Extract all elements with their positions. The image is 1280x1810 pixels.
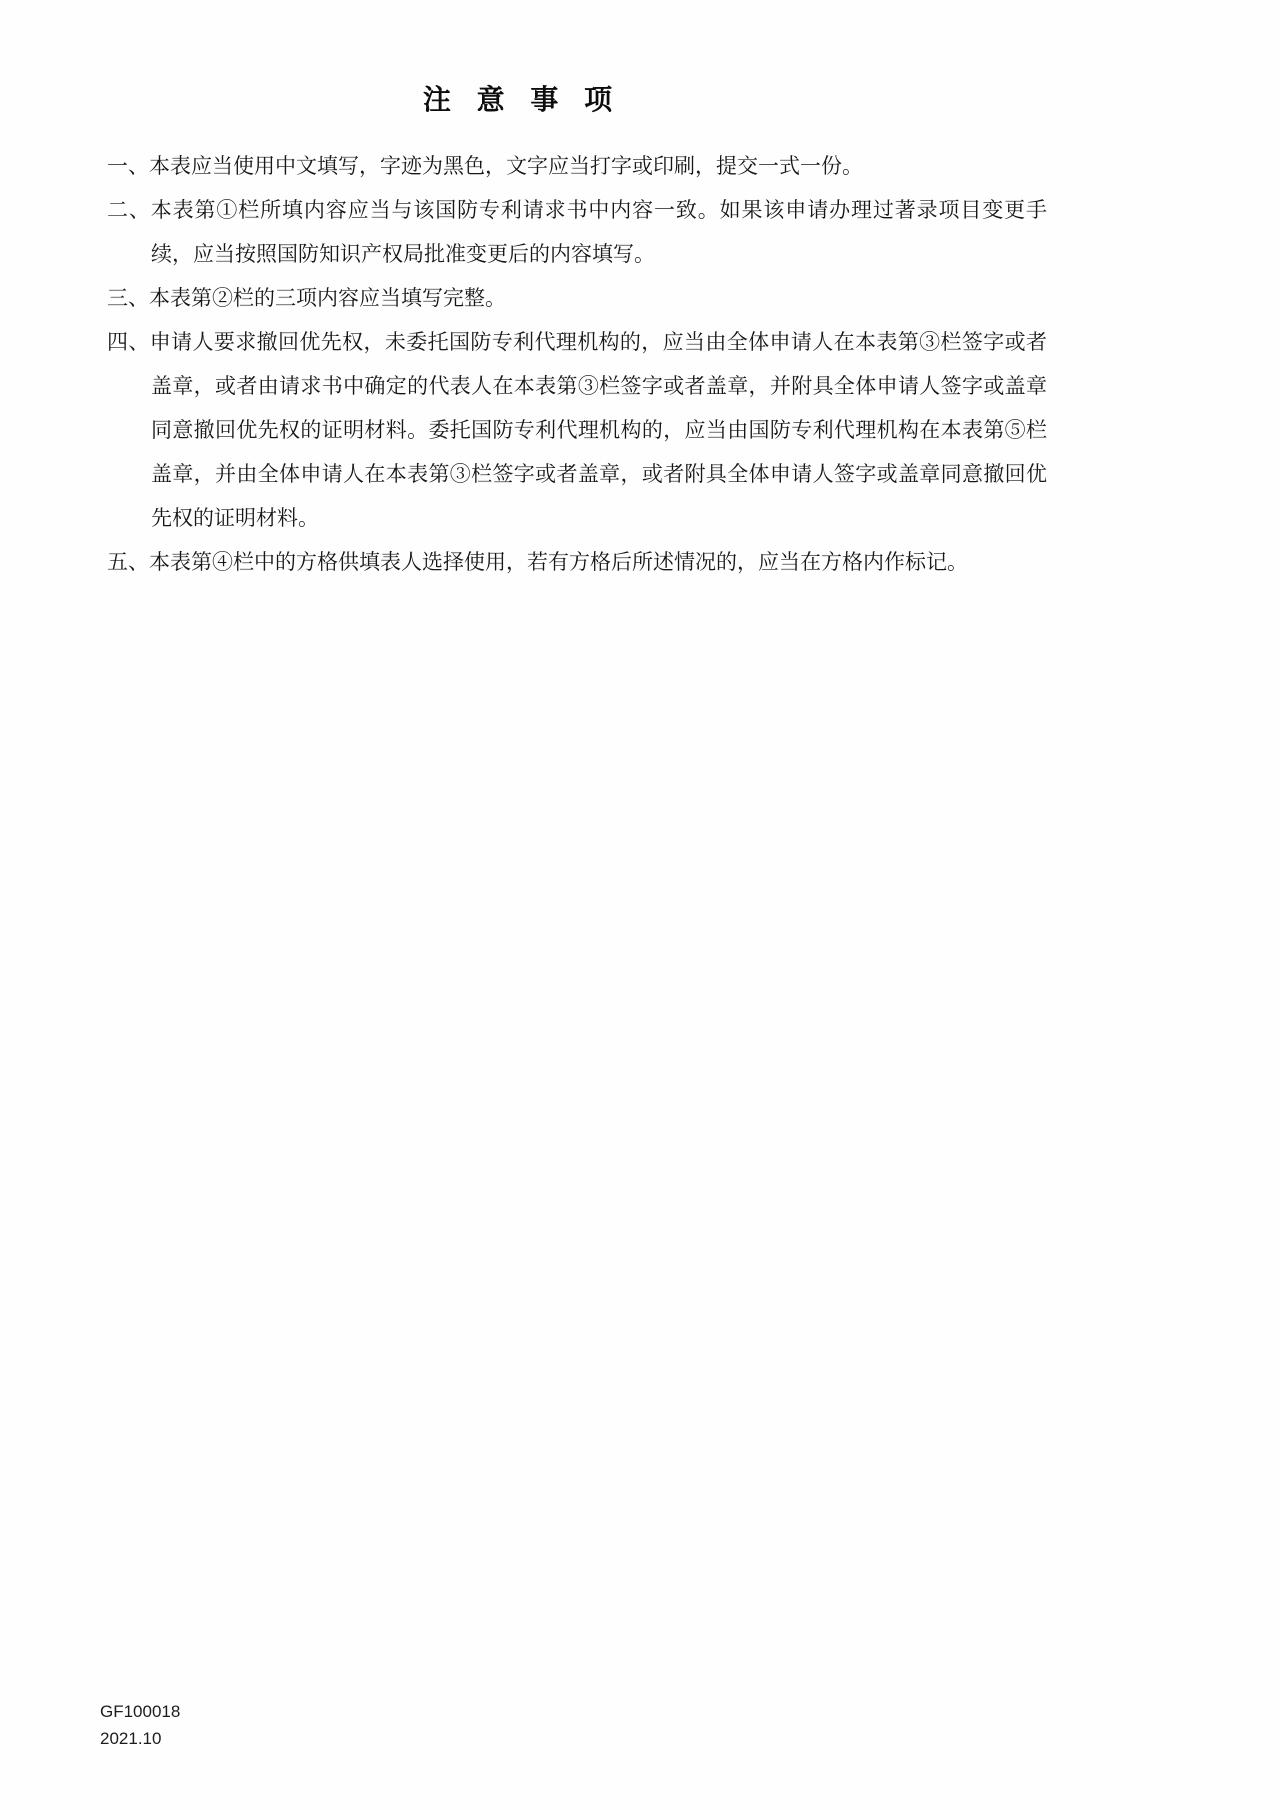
page-footer: GF100018 2021.10 [100,1698,180,1752]
form-date: 2021.10 [100,1725,180,1752]
note-item-1-text: 本表应当使用中文填写，字迹为黑色，文字应当打字或印刷，提交一式一份。 [149,154,863,178]
notes-list: 一、本表应当使用中文填写，字迹为黑色，文字应当打字或印刷，提交一式一份。 二、本… [0,144,1047,584]
note-item-4-text: 申请人要求撤回优先权，未委托国防专利代理机构的，应当由全体申请人在本表第③栏签字… [150,330,1047,530]
note-item-5-text: 本表第④栏中的方格供填表人选择使用，若有方格后所述情况的，应当在方格内作标记。 [149,550,968,574]
note-item-1-marker: 一、 [107,154,149,178]
note-item-3-text: 本表第②栏的三项内容应当填写完整。 [149,286,506,310]
form-code: GF100018 [100,1698,180,1725]
note-item-2-marker: 二、 [107,198,151,222]
note-item-5-marker: 五、 [107,550,149,574]
note-item-4-marker: 四、 [107,330,150,354]
document-page: 注 意 事 项 一、本表应当使用中文填写，字迹为黑色，文字应当打字或印刷，提交一… [0,0,1280,1810]
note-item-4: 四、申请人要求撤回优先权，未委托国防专利代理机构的，应当由全体申请人在本表第③栏… [107,320,1047,540]
note-item-3-marker: 三、 [107,286,149,310]
note-item-3: 三、本表第②栏的三项内容应当填写完整。 [107,276,1047,320]
note-item-2: 二、本表第①栏所填内容应当与该国防专利请求书中内容一致。如果该申请办理过著录项目… [107,188,1047,276]
note-item-1: 一、本表应当使用中文填写，字迹为黑色，文字应当打字或印刷，提交一式一份。 [107,144,1047,188]
note-item-5: 五、本表第④栏中的方格供填表人选择使用，若有方格后所述情况的，应当在方格内作标记… [107,540,1047,584]
note-item-2-text: 本表第①栏所填内容应当与该国防专利请求书中内容一致。如果该申请办理过著录项目变更… [151,198,1047,266]
page-title: 注 意 事 项 [0,78,930,118]
